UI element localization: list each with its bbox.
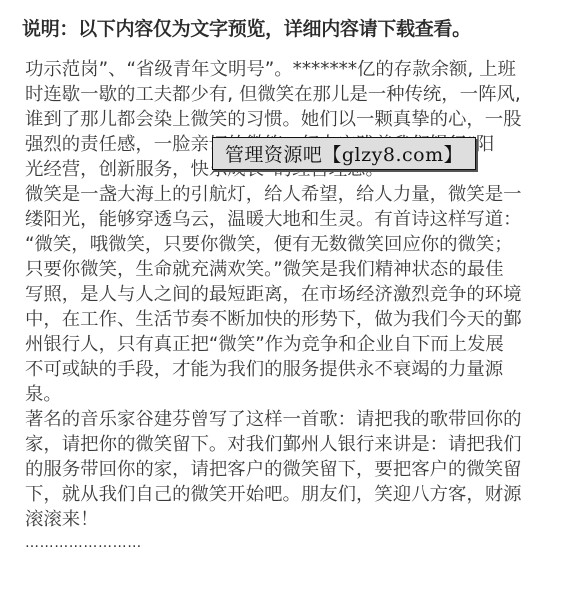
watermark-label: 管理资源吧【glzy8.com】: [212, 137, 476, 170]
text-line: 写照，是人与人之间的最短距离，在市场经济激烈竞争的环境: [25, 282, 555, 307]
text-line: 下，就从我们自己的微笑开始吧。朋友们，笑迎八方客，财源: [25, 482, 555, 507]
text-line: 州银行人，只有真正把“微笑”作为竞争和企业自下而上发展: [25, 332, 555, 357]
text-line: 中，在工作、生活节奏不断加快的形势下，做为我们今天的鄞: [25, 307, 555, 332]
preview-notice-header: 说明：以下内容仅为文字预览，详细内容请下载查看。: [22, 14, 471, 41]
text-line: 的服务带回你的家，请把客户的微笑留下，要把客户的微笑留: [25, 457, 555, 482]
text-line: 滚滚来！: [25, 507, 555, 532]
text-line: 微笑是一盏大海上的引航灯，给人希望，给人力量，微笑是一: [25, 182, 555, 207]
document-body: 功示范岗”、“省级青年文明号”。*******亿的存款余额, 上班 时连歇一歇的…: [25, 57, 555, 532]
text-line: 谁到了那儿都会染上微笑的习惯。她们以一颗真挚的心，一股: [25, 107, 555, 132]
text-line: 缕阳光，能够穿透乌云，温暖大地和生灵。有首诗这样写道：: [25, 207, 555, 232]
text-line: 功示范岗”、“省级青年文明号”。*******亿的存款余额, 上班: [25, 57, 555, 82]
text-line: 只要你微笑，生命就充满欢笑。”微笑是我们精神状态的最佳: [25, 257, 555, 282]
text-line: 家，请把你的微笑留下。对我们鄞州人银行来讲是：请把我们: [25, 432, 555, 457]
text-line: 时连歇一歇的工夫都少有, 但微笑在那儿是一种传统，一阵风,: [25, 82, 555, 107]
text-line: 不可或缺的手段，才能为我们的服务提供永不衰竭的力量源: [25, 357, 555, 382]
watermark-text: 管理资源吧【glzy8.com】: [225, 140, 463, 167]
text-line: 著名的音乐家谷建芬曾写了这样一首歌：请把我的歌带回你的: [25, 407, 555, 432]
text-line: 泉。: [25, 382, 555, 407]
text-line: “微笑，哦微笑，只要你微笑，便有无数微笑回应你的微笑；: [25, 232, 555, 257]
trailing-ellipsis: ……………………: [25, 535, 142, 551]
